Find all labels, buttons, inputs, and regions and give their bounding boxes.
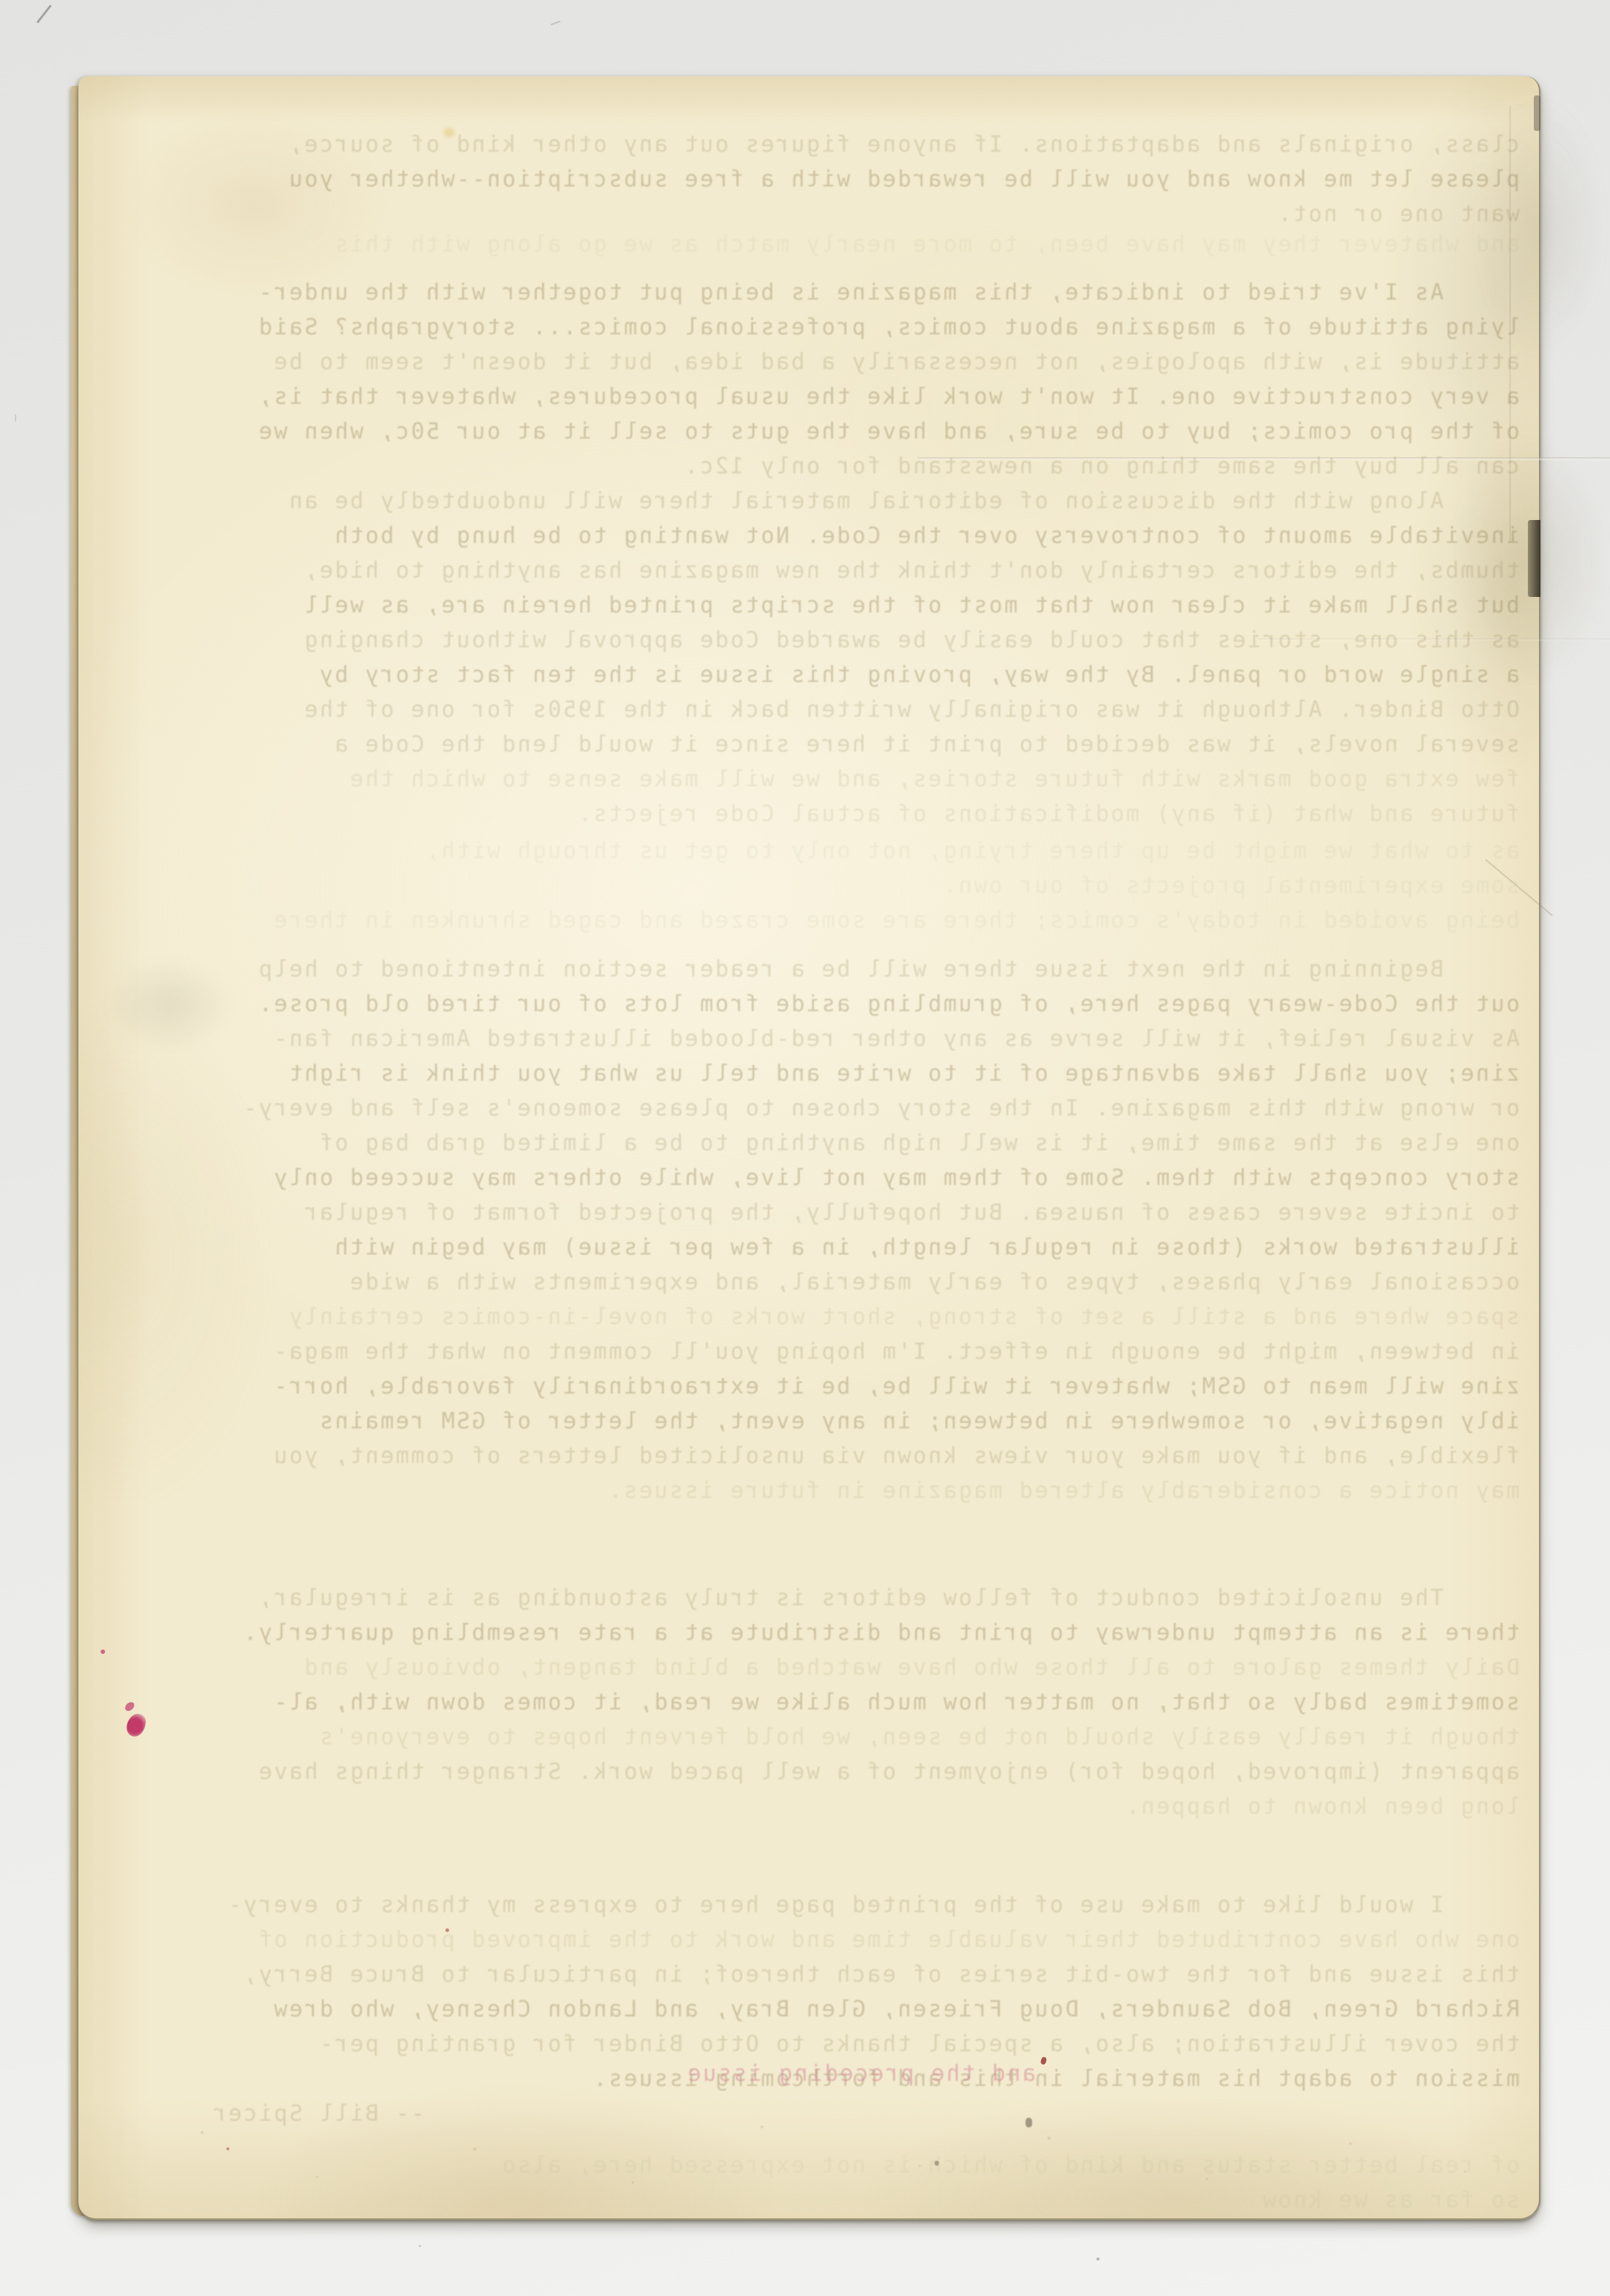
bleedthrough-line: want one or not. bbox=[123, 197, 1520, 232]
bleedthrough-line: of the pro comics; buy to be sure, and h… bbox=[123, 414, 1520, 449]
scanner-bed-scratch bbox=[15, 414, 16, 422]
bleedthrough-line: lying attitude of a magazine about comic… bbox=[123, 310, 1520, 345]
bleedthrough-line: or wrong with this magazine. In the stor… bbox=[123, 1091, 1520, 1126]
bleedthrough-line: The unsolicited conduct of fellow editor… bbox=[123, 1581, 1520, 1615]
bleedthrough-line: one who have contributed their valuable … bbox=[123, 1922, 1520, 1957]
bleedthrough-line: attitude is, with apologies, not necessa… bbox=[123, 345, 1520, 379]
bleedthrough-line: long been known to happen. bbox=[123, 1789, 1520, 1824]
bleedthrough-line: being avoided in today's comics; there a… bbox=[123, 903, 1520, 938]
bleedthrough-line: ibly negative, or somewhere in between; … bbox=[123, 1404, 1520, 1439]
bleedthrough-line: -- Bill Spicer bbox=[123, 2096, 1520, 2131]
bleedthrough-line: occasional early phases, types of early … bbox=[123, 1265, 1520, 1300]
bleedthrough-line: Daily themes galore to all those who hav… bbox=[123, 1650, 1520, 1685]
bleedthrough-line: several novels, it was decided to print … bbox=[123, 727, 1520, 762]
bleedthrough-line: space where and a still a set of strong,… bbox=[123, 1300, 1520, 1334]
bleedthrough-line: illustrated works (those in regular leng… bbox=[123, 1230, 1520, 1265]
bleedthrough-paragraph: Beginning in the next issue there will b… bbox=[123, 952, 1520, 1508]
bleedthrough-line: may notice a considerably altered magazi… bbox=[123, 1473, 1520, 1508]
bleedthrough-line: can all buy the same thing on a newsstan… bbox=[123, 449, 1520, 484]
bleedthrough-ghost-paragraph: as to what we might be up there trying, … bbox=[123, 834, 1520, 938]
bleedthrough-line: As I've tried to indicate, this magazine… bbox=[123, 275, 1520, 310]
bleedthrough-line: Beginning in the next issue there will b… bbox=[123, 952, 1520, 987]
dark-speck bbox=[1025, 2118, 1032, 2127]
bleedthrough-line: Along with the discussion of editorial m… bbox=[123, 484, 1520, 519]
fore-edge-chip bbox=[1534, 95, 1540, 131]
bleedthrough-line: Richard Green, Bob Saunders, Doug Friese… bbox=[123, 1992, 1520, 2027]
bleedthrough-paragraph: Along with the discussion of editorial m… bbox=[123, 484, 1520, 831]
bleedthrough-line: As visual relief, it will serve as any o… bbox=[123, 1022, 1520, 1056]
bleedthrough-ghost-paragraph: of real better status and kind of which … bbox=[123, 2148, 1520, 2218]
bleedthrough-line: as to what we might be up there trying, … bbox=[123, 834, 1520, 868]
bleedthrough-line: there is an attempt underway to print an… bbox=[123, 1615, 1520, 1650]
bleedthrough-line: class, originals and adaptations. If any… bbox=[123, 127, 1520, 162]
bleedthrough-line: story concepts with them. Some of them m… bbox=[123, 1161, 1520, 1195]
bleedthrough-paragraph: and whatever they may have been, to more… bbox=[123, 227, 1520, 262]
scanned-page-image: and whatever they may have been, to more… bbox=[0, 0, 1610, 2296]
bleedthrough-line: I would like to make use of the printed … bbox=[123, 1888, 1520, 1922]
bleedthrough-line: this issue and for the two-bit series of… bbox=[123, 1957, 1520, 1992]
magenta-ink-speck bbox=[101, 1650, 105, 1654]
bleedthrough-line: to incite severe cases of nausea. But ho… bbox=[123, 1195, 1520, 1230]
bleedthrough-line: apparent (improved, hoped for) enjoyment… bbox=[123, 1755, 1520, 1789]
fore-edge-notch bbox=[1528, 520, 1540, 597]
bleedthrough-line: a very constructive one. It won't work l… bbox=[123, 379, 1520, 414]
bleedthrough-paragraph: As I've tried to indicate, this magazine… bbox=[123, 275, 1520, 484]
scanner-bed-scratch bbox=[550, 21, 561, 26]
bleedthrough-line: flexible, and if you make your views kno… bbox=[123, 1439, 1520, 1473]
bleedthrough-paragraph: The unsolicited conduct of fellow editor… bbox=[123, 1581, 1520, 1824]
red-ink-bleed-fragment: and the preceding issue bbox=[686, 2056, 1036, 2091]
yellow-stain bbox=[444, 128, 454, 137]
bleedthrough-line: a single word or panel. By the way, prov… bbox=[123, 658, 1520, 692]
dust-speck bbox=[1097, 2258, 1099, 2260]
bleedthrough-line: in between, might be enough in effect. I… bbox=[123, 1334, 1520, 1369]
bleedthrough-paragraph: I would like to make use of the printed … bbox=[123, 1888, 1520, 2131]
bleedthrough-line: one else at the same time, it is well ni… bbox=[123, 1126, 1520, 1161]
scanner-bed-scratch bbox=[36, 4, 52, 23]
dust-speck bbox=[419, 2245, 421, 2247]
bleedthrough-line: so far as we know bbox=[123, 2183, 1520, 2218]
bleedthrough-line: out the Code-weary pages here, of grumbl… bbox=[123, 987, 1520, 1022]
bleedthrough-paragraph: class, originals and adaptations. If any… bbox=[123, 127, 1520, 232]
dark-speck bbox=[934, 2161, 939, 2166]
red-ink-speck bbox=[445, 1928, 449, 1932]
bleedthrough-line: zine; you shall take advantage of it to … bbox=[123, 1056, 1520, 1091]
bleedthrough-line: but shall make it clear now that most of… bbox=[123, 588, 1520, 623]
bleedthrough-line: sometimes badly so that, no matter how m… bbox=[123, 1685, 1520, 1720]
bleedthrough-line: and whatever they may have been, to more… bbox=[123, 227, 1520, 262]
paper-page: and whatever they may have been, to more… bbox=[78, 76, 1540, 2220]
bleedthrough-line: of real better status and kind of which … bbox=[123, 2148, 1520, 2183]
bleedthrough-line: Otto Binder. Although it was originally … bbox=[123, 692, 1520, 727]
bleedthrough-line: inevitable amount of controversy over th… bbox=[123, 519, 1520, 553]
red-ink-speck bbox=[226, 2147, 229, 2150]
bleedthrough-text-layer: and whatever they may have been, to more… bbox=[123, 76, 1520, 2218]
bleedthrough-line: some experimental projects of our own. bbox=[123, 868, 1520, 903]
bleedthrough-line: thumbs, the editors certainly don't thin… bbox=[123, 553, 1520, 588]
bleedthrough-line: future and what (if any) modifications o… bbox=[123, 797, 1520, 831]
bleedthrough-line: few extra good marks with future stories… bbox=[123, 762, 1520, 797]
bleedthrough-line: please let me know and you will be rewar… bbox=[123, 162, 1520, 197]
bleedthrough-line: though it really easily should not be se… bbox=[123, 1720, 1520, 1755]
bleedthrough-line: as this one, stories that could easily b… bbox=[123, 623, 1520, 658]
bleedthrough-line: zine will mean to GSM; whatever it will … bbox=[123, 1369, 1520, 1404]
